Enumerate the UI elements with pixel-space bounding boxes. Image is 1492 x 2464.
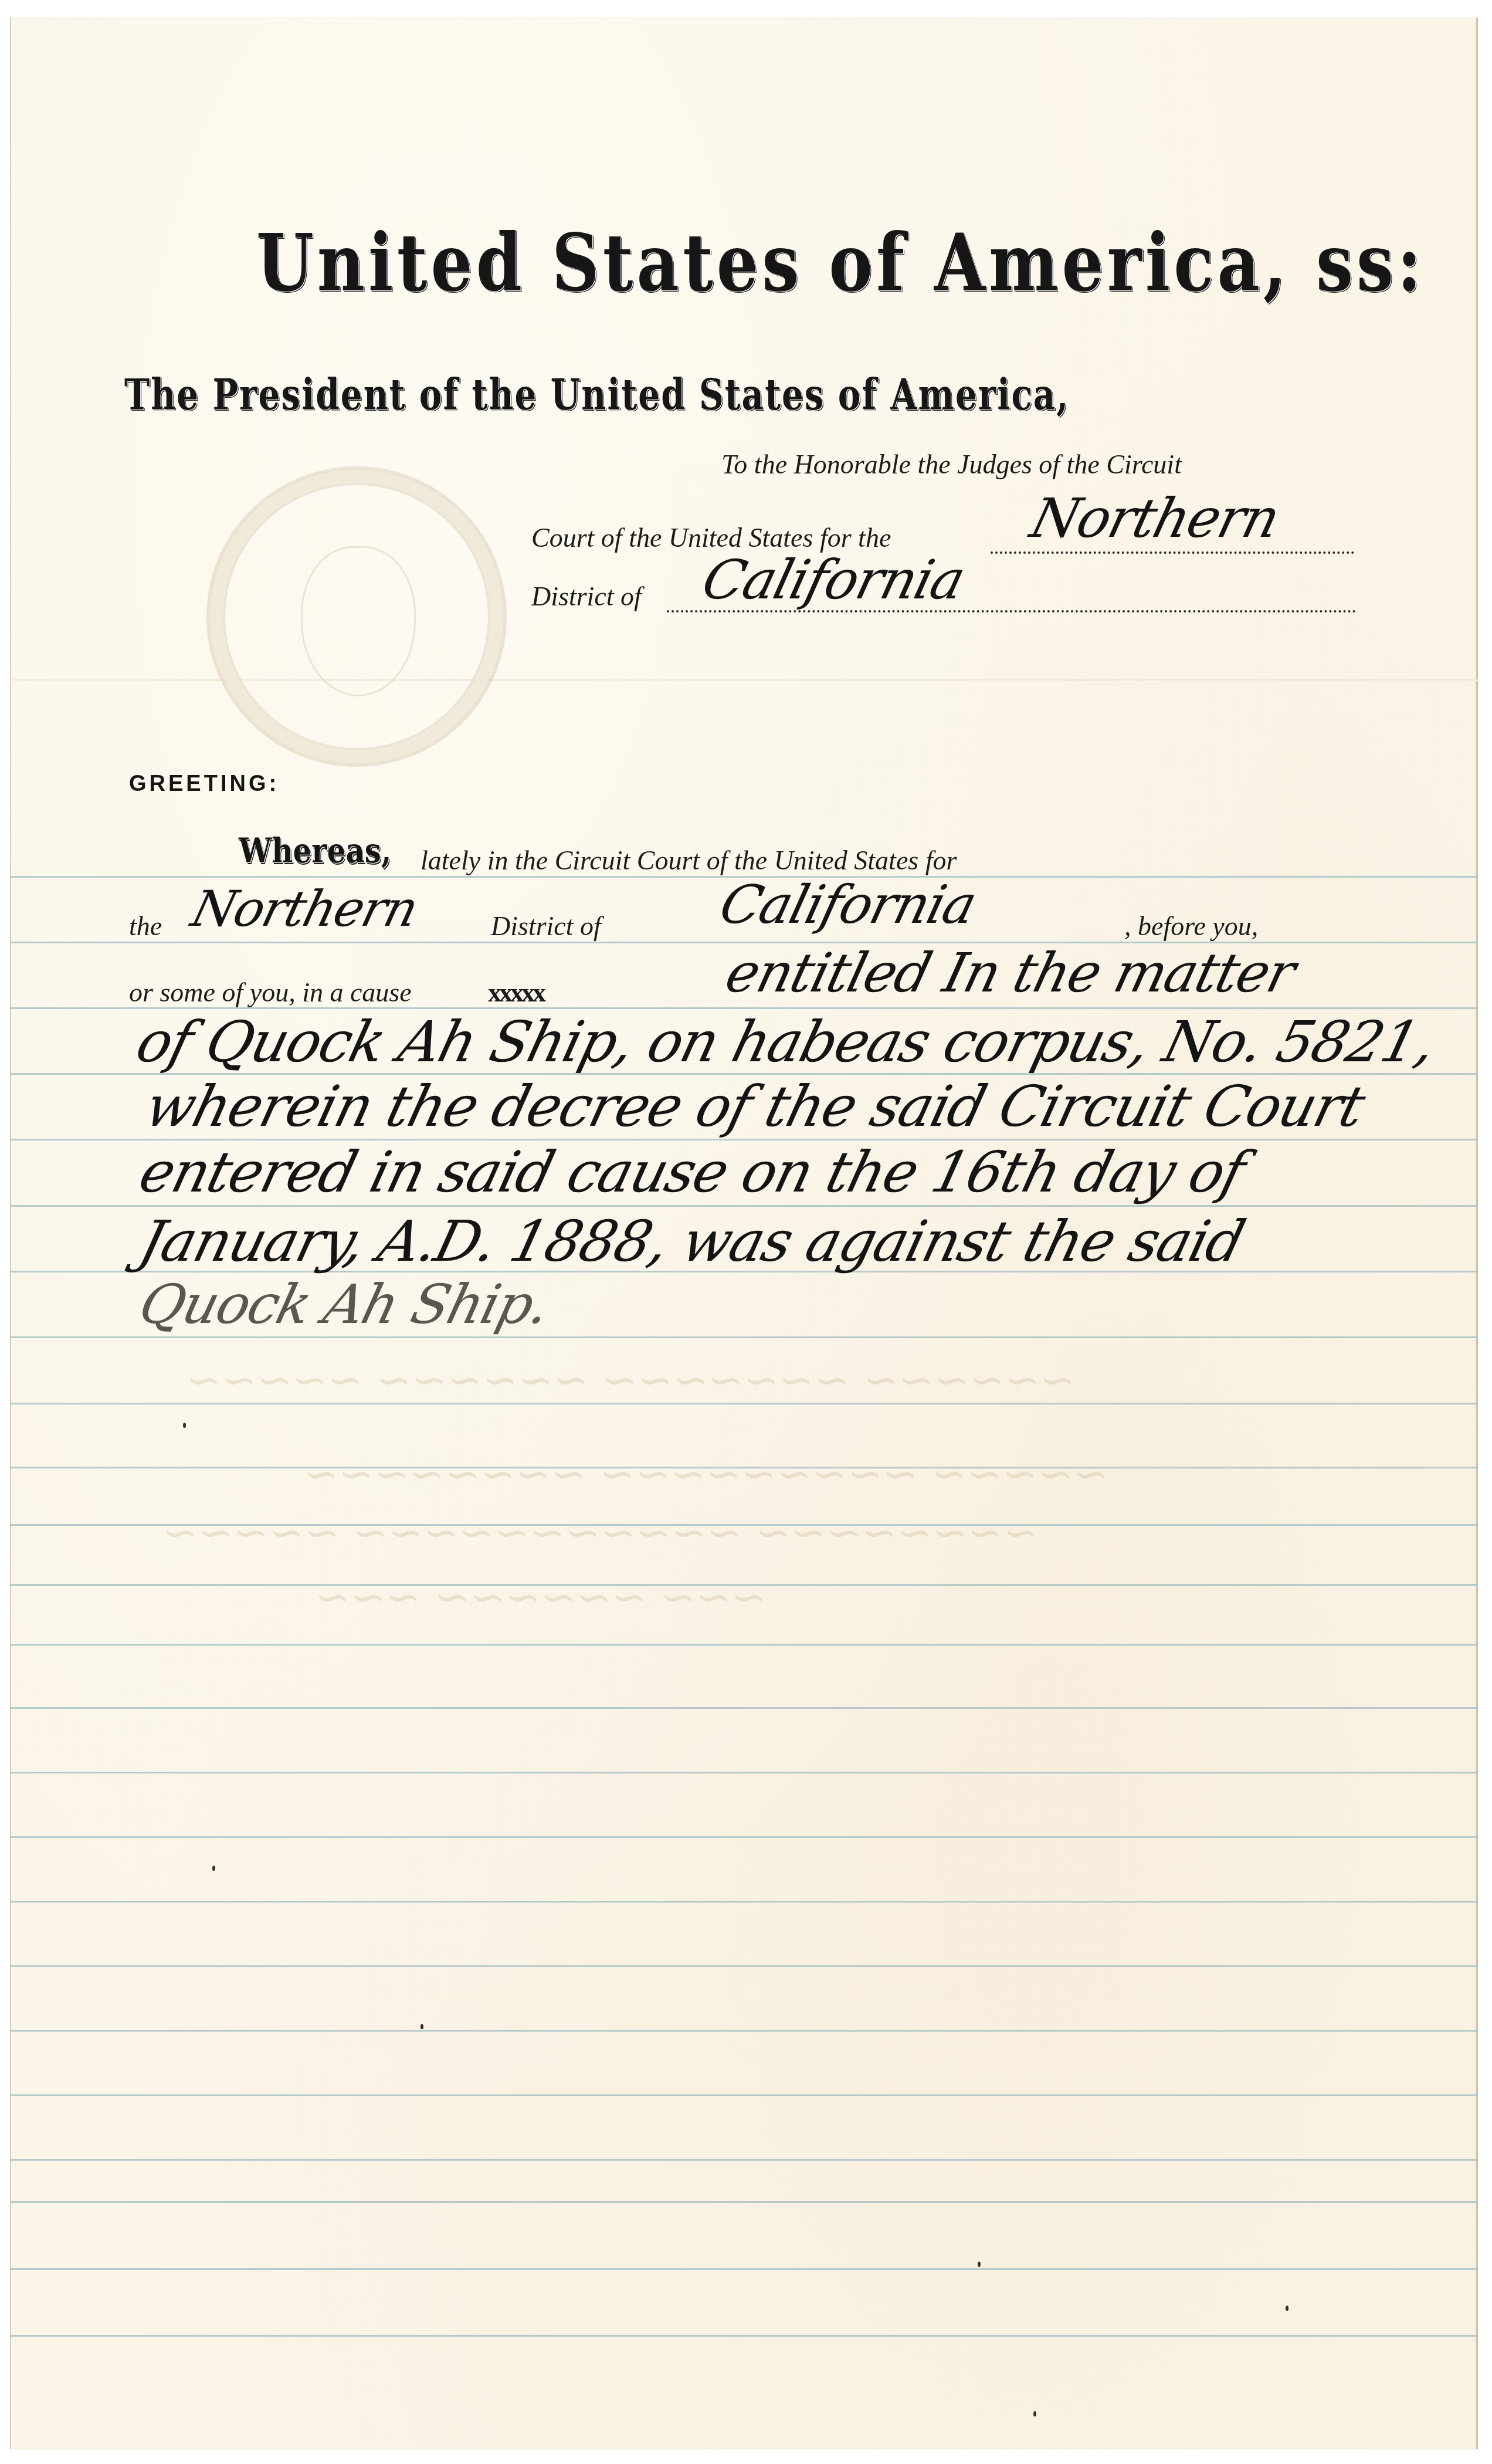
handwritten-district-direction: Northern xyxy=(1025,487,1285,550)
handwritten-line-6: entered in said cause on the 16th day of xyxy=(133,1139,1251,1205)
ink-speck xyxy=(978,2262,981,2267)
ink-speck xyxy=(212,1866,215,1871)
handwritten-line-3: entitled In the matter xyxy=(720,942,1301,1004)
address-line-1: To the Honorable the Judges of the Circu… xyxy=(721,449,1182,480)
body-line-3: or some of you, in a cause xyxy=(129,977,412,1008)
document-page: ~~~~~~ ~~~~~~~ ~~~~~~ ~~~~~ ~~~~~ ~~~~~~… xyxy=(10,18,1478,2449)
bleed-through: ~~~ ~~~~~~ ~~~ xyxy=(315,1572,767,1622)
body-line-2-district-of: District of xyxy=(491,911,601,942)
handwritten-northern: Northern xyxy=(186,880,423,937)
body-line-1: lately in the Circuit Court of the Unite… xyxy=(421,845,957,876)
document-subtitle: The President of the United States of Am… xyxy=(124,370,1069,419)
whereas-label: Whereas, xyxy=(239,831,391,871)
ink-speck xyxy=(183,1423,186,1428)
ink-speck xyxy=(1033,2411,1036,2416)
bleed-through: ~~~~~~~~ ~~~~~~~~~~~ ~~~~~ xyxy=(162,1508,1039,1557)
handwritten-california: California xyxy=(714,874,982,936)
handwritten-line-7: January, A.D. 1888, was against the said xyxy=(133,1209,1250,1274)
address-line-2-field xyxy=(991,551,1354,554)
handwritten-state: California xyxy=(696,549,971,611)
struck-text: xxxxx xyxy=(488,977,544,1008)
ink-speck xyxy=(1286,2306,1288,2311)
address-line-3-label: District of xyxy=(531,581,642,612)
bleed-through: ~~~~~~ ~~~~~~~ ~~~~~~ ~~~~~ xyxy=(186,1355,1076,1404)
eagle-shield-icon xyxy=(301,546,416,696)
handwritten-line-4: of Quock Ah Ship, on habeas corpus, No. … xyxy=(130,1009,1442,1075)
greeting-label: GREETING: xyxy=(129,771,279,797)
handwritten-line-5: wherein the decree of the said Circuit C… xyxy=(139,1074,1371,1139)
body-line-2-before-you: , before you, xyxy=(1124,911,1258,942)
ink-speck xyxy=(421,2024,423,2029)
handwritten-line-8: Quock Ah Ship. xyxy=(133,1273,555,1336)
bleed-through: ~~~~~ ~~~~~~~~~ ~~~~~~~~ xyxy=(303,1449,1108,1498)
seal-emboss-icon xyxy=(206,466,507,767)
body-line-2-the: the xyxy=(129,911,162,942)
document-title: United States of America, ss: xyxy=(256,217,1425,309)
